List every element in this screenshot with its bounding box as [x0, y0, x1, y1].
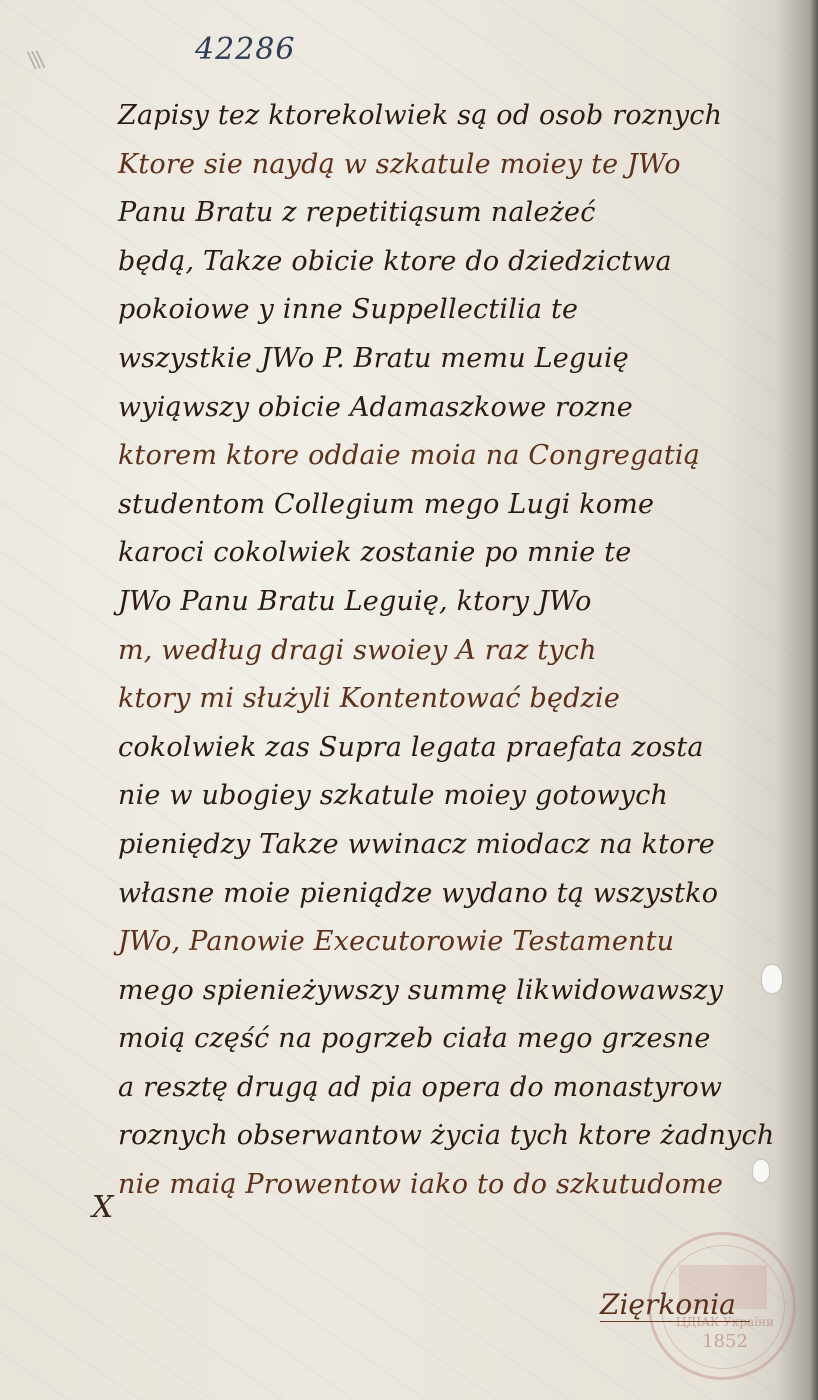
text-line: pieniędzy Takze wwinacz miodacz na ktore [118, 821, 778, 870]
handwritten-text-block: Zapisy tez ktorekolwiek są od osob rozny… [118, 92, 778, 1210]
paper-hole [753, 1160, 769, 1182]
manuscript-page: \\\ 42286 Zapisy tez ktorekolwiek są od … [0, 0, 818, 1400]
paper-hole [762, 965, 782, 993]
text-line: ktory mi służyli Kontentować będzie [118, 675, 778, 724]
text-line: ktorem ktore oddaie moia na Congregatią [118, 432, 778, 481]
text-line: Zapisy tez ktorekolwiek są od osob rozny… [118, 92, 778, 141]
text-line: mego spienieżywszy summę likwidowawszy [118, 967, 778, 1016]
archive-folio-number: 42286 [195, 32, 295, 67]
margin-x-mark: X [92, 1190, 113, 1225]
text-line: JWo Panu Bratu Leguię, ktory JWo [118, 578, 778, 627]
signature: Zięrkonia [600, 1288, 750, 1322]
text-line: pokoiowe y inne Suppellectilia te [118, 286, 778, 335]
text-line: własne moie pieniądze wydano tą wszystko [118, 870, 778, 919]
text-line: nie w ubogiey szkatule moiey gotowych [118, 772, 778, 821]
text-line: roznych obserwantow życia tych ktore żad… [118, 1112, 778, 1161]
text-line: karoci cokolwiek zostanie po mnie te [118, 529, 778, 578]
text-line: a resztę drugą ad pia opera do monastyro… [118, 1064, 778, 1113]
pencil-mark: \\\ [26, 47, 43, 74]
text-line: będą, Takze obicie ktore do dziedzictwa [118, 238, 778, 287]
text-line: Panu Bratu z repetitiąsum należeć [118, 189, 778, 238]
stamp-year: 1852 [651, 1331, 799, 1352]
text-line: wyiąwszy obicie Adamaszkowe rozne [118, 384, 778, 433]
text-line: cokolwiek zas Supra legata praefata zost… [118, 724, 778, 773]
text-line: nie maią Prowentow iako to do szkutudome [118, 1161, 778, 1210]
text-line: JWo, Panowie Executorowie Testamentu [118, 918, 778, 967]
text-line: studentom Collegium mego Lugi kome [118, 481, 778, 530]
text-line: moią część na pogrzeb ciała mego grzesne [118, 1015, 778, 1064]
text-line: wszystkie JWo P. Bratu memu Leguię [118, 335, 778, 384]
text-line: m, według dragi swoiey A raz tych [118, 627, 778, 676]
text-line: Ktore sie naydą w szkatule moiey te JWo [118, 141, 778, 190]
